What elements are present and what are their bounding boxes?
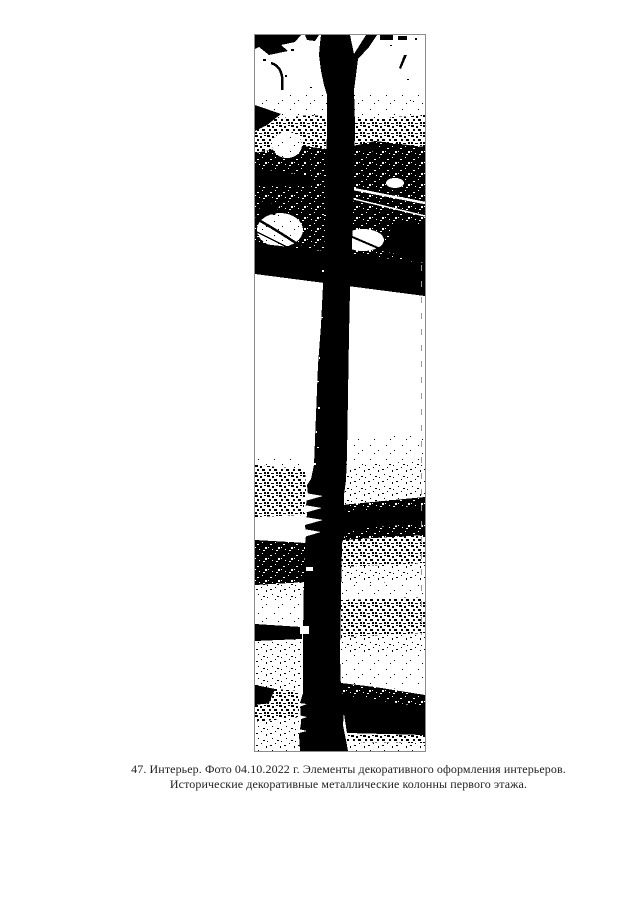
scanned-document-page: { "page": { "background": "#ffffff", "in… <box>0 0 640 905</box>
caption-line-2: Исторические декоративные металлические … <box>57 777 640 792</box>
wall-fixture-blob <box>358 144 378 152</box>
figure-caption: 47. Интерьер. Фото 04.10.2022 г. Элемент… <box>57 762 640 792</box>
column-photo <box>255 35 425 751</box>
caption-line-1: 47. Интерьер. Фото 04.10.2022 г. Элемент… <box>57 762 640 777</box>
column-photo-frame <box>254 34 426 752</box>
